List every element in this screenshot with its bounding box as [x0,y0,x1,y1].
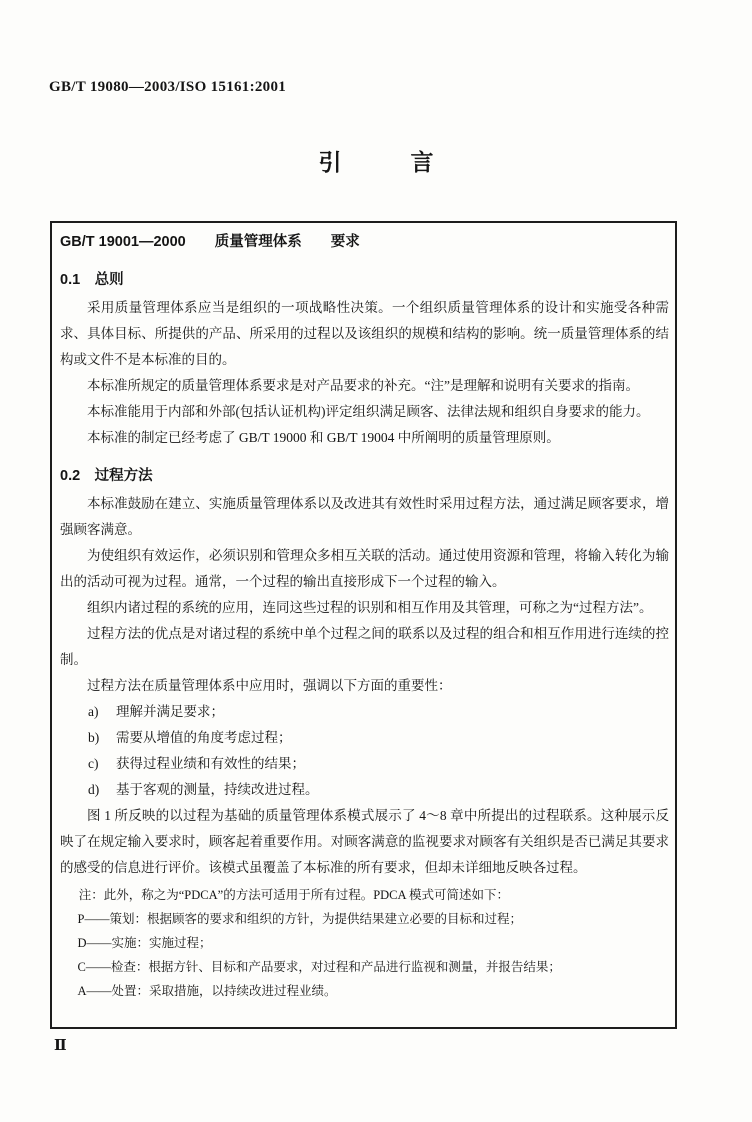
paragraph: 图 1 所反映的以过程为基础的质量管理体系模式展示了 4～8 章中所提出的过程联… [60,803,669,881]
document-code-header: GB/T 19080—2003/ISO 15161:2001 [49,79,286,96]
list-marker: a) [88,699,116,725]
paragraph: 为使组织有效运作，必须识别和管理众多相互关联的活动。通过使用资源和管理，将输入转… [60,543,669,595]
list-text: 理解并满足要求； [116,704,224,719]
page-title: 引 言 [0,144,752,177]
standard-excerpt-box: GB/T 19001—2000 质量管理体系 要求 0.1 总则 采用质量管理体… [50,221,677,1029]
paragraph: 过程方法的优点是对诸过程的系统中单个过程之间的联系以及过程的组合和相互作用进行连… [60,621,669,673]
list-text: 基于客观的测量，持续改进过程。 [116,782,319,797]
paragraph: 本标准鼓励在建立、实施质量管理体系以及改进其有效性时采用过程方法，通过满足顾客要… [60,491,669,543]
list-item: d)基于客观的测量，持续改进过程。 [60,777,669,803]
list-text: 需要从增值的角度考虑过程； [116,730,292,745]
list-marker: b) [88,725,116,751]
note-item: C——检查：根据方针、目标和产品要求，对过程和产品进行监视和测量，并报告结果； [60,955,669,979]
list-item: b)需要从增值的角度考虑过程； [60,725,669,751]
paragraph: 组织内诸过程的系统的应用，连同这些过程的识别和相互作用及其管理，可称之为“过程方… [60,595,669,621]
section-heading-0-1: 0.1 总则 [60,267,669,293]
list-marker: c) [88,751,116,777]
list-text: 获得过程业绩和有效性的结果； [116,756,305,771]
document-page: GB/T 19080—2003/ISO 15161:2001 引 言 GB/T … [0,0,752,1122]
paragraph: 本标准所规定的质量管理体系要求是对产品要求的补充。“注”是理解和说明有关要求的指… [60,373,669,399]
standard-title-heading: GB/T 19001—2000 质量管理体系 要求 [60,229,669,255]
section-heading-0-2: 0.2 过程方法 [60,463,669,489]
note-item: D——实施：实施过程； [60,931,669,955]
note-item: P——策划：根据顾客的要求和组织的方针，为提供结果建立必要的目标和过程； [60,907,669,931]
note-intro: 注：此外，称之为“PDCA”的方法可适用于所有过程。PDCA 模式可简述如下： [60,883,669,907]
paragraph: 过程方法在质量管理体系中应用时，强调以下方面的重要性： [60,673,669,699]
list-marker: d) [88,777,116,803]
paragraph: 本标准能用于内部和外部(包括认证机构)评定组织满足顾客、法律法规和组织自身要求的… [60,399,669,425]
paragraph: 本标准的制定已经考虑了 GB/T 19000 和 GB/T 19004 中所阐明… [60,425,669,451]
page-number: Ⅱ [54,1036,67,1055]
paragraph: 采用质量管理体系应当是组织的一项战略性决策。一个组织质量管理体系的设计和实施受各… [60,295,669,373]
list-item: a)理解并满足要求； [60,699,669,725]
note-item: A——处置：采取措施，以持续改进过程业绩。 [60,979,669,1003]
list-item: c)获得过程业绩和有效性的结果； [60,751,669,777]
